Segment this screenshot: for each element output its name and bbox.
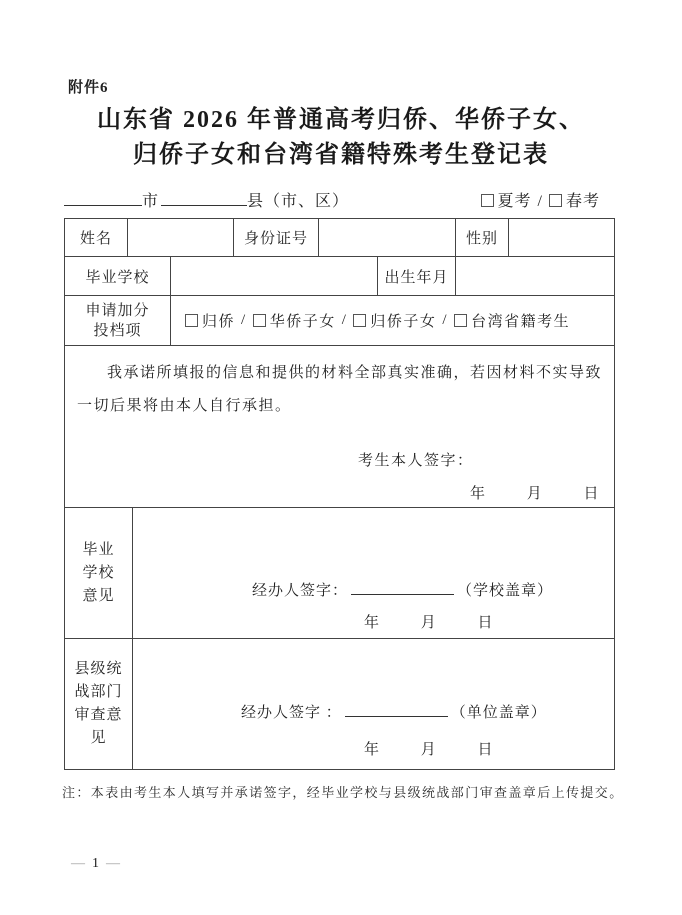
summer-exam-label: 夏考 (498, 193, 532, 210)
name-label: 姓名 (65, 219, 128, 256)
table-row-school: 毕业学校 出生年月 (65, 257, 614, 296)
option-label-returned-overseas-chinese: 归侨 (202, 310, 235, 331)
county-opinion-cell: 经办人签字 ：（单位盖章） 年 月 日 (133, 639, 614, 769)
gender-field[interactable] (509, 219, 614, 256)
page-title-line1: 山东省 2026 年普通高考归侨、华侨子女、 (0, 103, 682, 138)
option-label-returned-overseas-chinese-child: 归侨子女 (370, 310, 436, 331)
county-opinion-label-line1: 县级统 (74, 658, 122, 681)
option-label-overseas-chinese-child: 华侨子女 (270, 310, 336, 331)
county-handler-sign-line: 经办人签字 ：（单位盖章） (241, 701, 547, 722)
footer-note: 注：本表由考生本人填写并承诺签字，经毕业学校与县级统战部门审查盖章后上传提交。 (62, 782, 624, 801)
page-number-value: 1 (92, 856, 101, 871)
checkbox-taiwan-province-candidate[interactable] (454, 314, 467, 327)
table-row-county-opinion: 县级统 战部门 审查意 见 经办人签字 ：（单位盖章） 年 月 日 (65, 639, 614, 769)
document-page: 附件6 山东省 2026 年普通高考归侨、华侨子女、 归侨子女和台湾省籍特殊考生… (0, 0, 682, 915)
table-row-identity: 姓名 身份证号 性别 (65, 219, 614, 257)
candidate-date-placeholder: 年 月 日 (470, 482, 600, 503)
city-blank-field[interactable] (64, 189, 142, 206)
table-row-bonus-category: 申请加分 投档项 归侨/华侨子女/归侨子女/台湾省籍考生 (65, 296, 614, 346)
school-handler-sign-line: 经办人签字：（学校盖章） (252, 579, 553, 600)
id-number-field[interactable] (319, 219, 456, 256)
bonus-category-label-line2: 投档项 (93, 321, 141, 341)
county-handler-sign-label: 经办人签字 ： (241, 705, 342, 721)
school-opinion-cell: 经办人签字：（学校盖章） 年 月 日 (133, 508, 614, 638)
page-number: —1— (66, 856, 127, 872)
bonus-category-label: 申请加分 投档项 (65, 296, 171, 345)
school-opinion-label-line1: 毕业 (82, 539, 114, 562)
option-separator: / (241, 312, 247, 329)
county-handler-signature-blank[interactable] (345, 702, 448, 717)
table-row-school-opinion: 毕业 学校 意见 经办人签字：（学校盖章） 年 月 日 (65, 508, 614, 639)
birth-date-label: 出生年月 (378, 257, 456, 295)
school-opinion-label: 毕业 学校 意见 (65, 508, 133, 638)
county-stamp-note: （单位盖章） (451, 705, 547, 721)
bonus-category-label-line1: 申请加分 (85, 301, 149, 321)
county-blank-field[interactable] (161, 189, 247, 206)
birth-date-field[interactable] (456, 257, 614, 295)
graduate-school-field[interactable] (171, 257, 378, 295)
location-fill-group: 市县（市、区） (64, 188, 349, 211)
page-title-line2: 归侨子女和台湾省籍特殊考生登记表 (0, 138, 682, 173)
page-number-dash-left: — (71, 856, 87, 871)
county-date-placeholder: 年 月 日 (364, 738, 494, 759)
county-opinion-label-line3: 审查意 (74, 704, 122, 727)
option-separator: / (342, 312, 348, 329)
candidate-signature-label[interactable]: 考生本人签字： (358, 449, 474, 470)
exam-separator: / (538, 193, 543, 210)
county-suffix-label: 县（市、区） (247, 193, 349, 210)
school-handler-sign-label: 经办人签字： (252, 583, 348, 599)
exam-type-group: 夏考/春考 (481, 188, 614, 211)
bonus-options-cell: 归侨/华侨子女/归侨子女/台湾省籍考生 (171, 296, 614, 345)
checkbox-overseas-chinese-child[interactable] (253, 314, 266, 327)
graduate-school-label: 毕业学校 (65, 257, 171, 295)
school-stamp-note: （学校盖章） (457, 583, 553, 599)
commitment-text: 我承诺所填报的信息和提供的材料全部真实准确，若因材料不实导致一切后果将由本人自行… (77, 357, 602, 423)
county-opinion-label-line4: 见 (90, 727, 106, 750)
commitment-cell: 我承诺所填报的信息和提供的材料全部真实准确，若因材料不实导致一切后果将由本人自行… (65, 346, 614, 507)
county-opinion-label-line2: 战部门 (74, 681, 122, 704)
checkbox-returned-overseas-chinese-child[interactable] (353, 314, 366, 327)
city-suffix-label: 市 (142, 193, 159, 210)
option-separator: / (442, 312, 448, 329)
option-label-taiwan-province-candidate: 台湾省籍考生 (471, 310, 570, 331)
attachment-label: 附件6 (68, 76, 109, 97)
school-opinion-label-line3: 意见 (82, 585, 114, 608)
school-date-placeholder: 年 月 日 (364, 611, 494, 632)
table-row-commitment: 我承诺所填报的信息和提供的材料全部真实准确，若因材料不实导致一切后果将由本人自行… (65, 346, 614, 508)
page-number-dash-right: — (106, 856, 122, 871)
school-handler-signature-blank[interactable] (351, 580, 454, 595)
id-number-label: 身份证号 (234, 219, 319, 256)
page-title: 山东省 2026 年普通高考归侨、华侨子女、 归侨子女和台湾省籍特殊考生登记表 (0, 103, 682, 173)
county-opinion-label: 县级统 战部门 审查意 见 (65, 639, 133, 769)
gender-label: 性别 (456, 219, 509, 256)
checkbox-returned-overseas-chinese[interactable] (185, 314, 198, 327)
name-field[interactable] (128, 219, 234, 256)
registration-form-table: 姓名 身份证号 性别 毕业学校 出生年月 申请加分 投档项 归侨/华侨子女/归侨… (64, 218, 615, 770)
checkbox-summer-exam[interactable] (481, 194, 494, 207)
checkbox-spring-exam[interactable] (549, 194, 562, 207)
spring-exam-label: 春考 (566, 193, 600, 210)
location-line: 市县（市、区） 夏考/春考 (64, 188, 614, 211)
school-opinion-label-line2: 学校 (82, 562, 114, 585)
